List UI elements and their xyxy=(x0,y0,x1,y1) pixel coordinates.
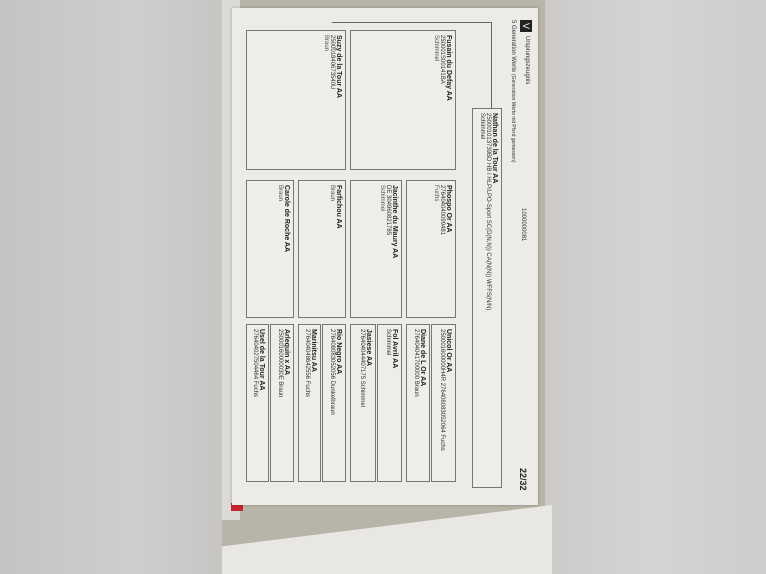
great-grandparent-info: 276404048642556 Fuchs xyxy=(304,329,310,477)
grandparent-name: Phospo Or AA xyxy=(445,185,452,313)
dam-color: Braun xyxy=(323,35,329,165)
grandparent-box: Phospo Or AA 276404040099481 Fuchs xyxy=(406,180,456,318)
great-grandparent-info: 276404027504464 Fuchs xyxy=(252,329,258,477)
great-grandparent-box: Unicol Or AA 250001600000H4R 27640808305… xyxy=(431,324,456,482)
grandparent-name: Carole de Roche AA xyxy=(283,185,290,313)
background-right xyxy=(545,0,766,574)
document-number: 1000000081 xyxy=(520,208,526,241)
connector xyxy=(491,22,492,108)
dam-name: Suzy de la Tour AA xyxy=(335,35,342,165)
great-grandparent-name: Unicol Or AA xyxy=(445,329,452,477)
great-grandparent-name: Arlequin x AA xyxy=(283,329,290,477)
great-grandparent-info: 276404044407175 Schimmel xyxy=(359,329,365,477)
subject-color: Schimmel xyxy=(479,113,485,483)
dam-id: 250001840673540U xyxy=(329,35,335,165)
logo-icon: V xyxy=(520,20,532,32)
great-grandparent-info: 25000160000030E Braun xyxy=(277,329,283,477)
grandparent-box: Carole de Roche AA Braun xyxy=(246,180,294,318)
pedigree-document: V Ursprungszeugnis 5 Generation Werte (G… xyxy=(232,8,538,505)
grandparent-color: Schimmel xyxy=(379,185,385,313)
great-grandparent-box: Marinitsu AA 276404048642556 Fuchs xyxy=(298,324,321,482)
sire-name: Fusain du Defay AA xyxy=(445,35,452,165)
great-grandparent-name: Usel de la Tour AA xyxy=(258,329,265,477)
great-grandparent-name: Rio Negro AA xyxy=(335,329,342,477)
sire-box: Fusain du Defay AA 250001S00141BA Schimm… xyxy=(350,30,456,170)
great-grandparent-box: Rio Negro AA 276408083052056 Dunkelbraun xyxy=(322,324,346,482)
subject-box: Nathan de la Tour AA 250001013739BD HB I… xyxy=(472,108,502,488)
page-number: 22/32 xyxy=(518,468,528,491)
grandparent-box: Jacinthe du Maury AA DE 304960821785 Sch… xyxy=(350,180,402,318)
grandparent-id: DE 304960821785 xyxy=(385,185,391,313)
grandparent-color: Braun xyxy=(329,185,335,313)
great-grandparent-info: 276408083052056 Dunkelbraun xyxy=(329,329,335,477)
great-grandparent-info: Schimmel xyxy=(385,329,391,477)
great-grandparent-name: Diane de L Or AA xyxy=(419,329,426,477)
great-grandparent-box: Fol Avril AA Schimmel xyxy=(377,324,402,482)
grandparent-name: Jacinthe du Maury AA xyxy=(391,185,398,313)
great-grandparent-name: Jasiese AA xyxy=(365,329,372,477)
great-grandparent-box: Arlequin x AA 25000160000030E Braun xyxy=(270,324,294,482)
grandparent-id: 276404040099481 xyxy=(439,185,445,313)
document-title: Ursprungszeugnis xyxy=(524,36,530,84)
sire-id: 250001S00141BA xyxy=(439,35,445,165)
great-grandparent-box: Jasiese AA 276404044407175 Schimmel xyxy=(350,324,376,482)
subject-name: Nathan de la Tour AA xyxy=(491,113,498,483)
grandparent-name: Farfichou AA xyxy=(335,185,342,313)
pedigree-content: V Ursprungszeugnis 5 Generation Werte (G… xyxy=(232,8,538,505)
great-grandparent-box: Diane de L Or AA 276404041700000 Braun xyxy=(406,324,430,482)
grandparent-box: Farfichou AA Braun xyxy=(298,180,346,318)
dam-box: Suzy de la Tour AA 250001840673540U Brau… xyxy=(246,30,346,170)
great-grandparent-box: Usel de la Tour AA 276404027504464 Fuchs xyxy=(246,324,269,482)
great-grandparent-name: Fol Avril AA xyxy=(391,329,398,477)
background-left xyxy=(0,0,222,574)
connector xyxy=(332,22,492,23)
sire-color: Schimmel xyxy=(433,35,439,165)
great-grandparent-info: 250001600000H4R 276408083052064 Fuchs xyxy=(439,329,445,477)
section-title: 5 Generation Werte (Generation Werte mit… xyxy=(510,20,516,163)
grandparent-color: Braun xyxy=(277,185,283,313)
subject-id: 250001013739BD HB I HLP/LPO-Sport SC(D(N… xyxy=(485,113,491,483)
great-grandparent-info: 276404041700000 Braun xyxy=(413,329,419,477)
great-grandparent-name: Marinitsu AA xyxy=(310,329,317,477)
grandparent-color: Fuchs xyxy=(433,185,439,313)
